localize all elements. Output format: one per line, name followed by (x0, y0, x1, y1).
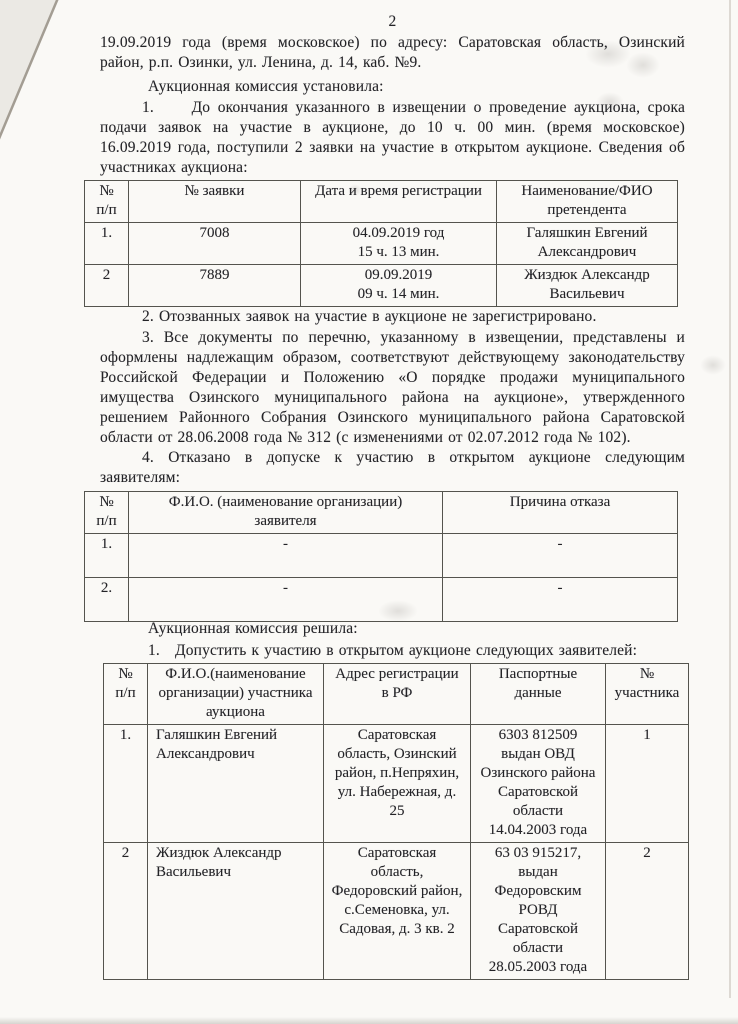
document-page: 2 19.09.2019 года (время московское) по … (0, 0, 738, 1024)
header-cell-applicant-name: Наименование/ФИО претендента (497, 181, 678, 223)
header-cell-row-number: № п/п (85, 492, 129, 534)
table-cell: - (443, 534, 678, 578)
table-cell: 09.09.2019 09 ч. 14 мин. (301, 265, 497, 307)
header-cell-row-number: № п/п (104, 664, 148, 725)
page-number: 2 (100, 12, 685, 32)
participants-applications-table: № п/п № заявки Дата и время регистрации … (84, 180, 678, 307)
rejected-applicants-table: № п/п Ф.И.О. (наименование организации) … (84, 491, 678, 622)
table-cell: 2 (606, 843, 689, 980)
list-item-1: 1. До окончания указанного в извещении о… (100, 98, 685, 178)
table-header-row: № п/п № заявки Дата и время регистрации … (85, 181, 678, 223)
table-cell: - (443, 578, 678, 622)
table-cell: Жиздюк Александр Васильевич (497, 265, 678, 307)
table-cell: 1. (85, 223, 129, 265)
scan-corner-edge-line (0, 0, 70, 150)
table-cell: Галяшкин Евгений Александрович (148, 725, 324, 843)
table-cell: 2 (104, 843, 148, 980)
table-cell: 2 (85, 265, 129, 307)
table-cell: 63 03 915217, выдан Федоровским РОВД Сар… (471, 843, 606, 980)
table-row: 2 7889 09.09.2019 09 ч. 14 мин. Жиздюк А… (85, 265, 678, 307)
scan-smudge (700, 355, 726, 375)
table-cell: Галяшкин Евгений Александрович (497, 223, 678, 265)
header-cell-participant-number: № участника (606, 664, 689, 725)
table-row: 2 Жиздюк Александр Васильевич Саратовска… (104, 843, 689, 980)
header-cell-registration-address: Адрес регистрации в РФ (324, 664, 471, 725)
table-cell: 1. (104, 725, 148, 843)
table-cell: Жиздюк Александр Васильевич (148, 843, 324, 980)
table-cell: 2. (85, 578, 129, 622)
list-item-2: 2. Отозванных заявок на участие в аукцио… (100, 307, 685, 327)
table-cell: 1 (606, 725, 689, 843)
paragraph-session-address: 19.09.2019 года (время московское) по ад… (100, 33, 685, 73)
table-cell: 04.09.2019 год 15 ч. 13 мин. (301, 223, 497, 265)
header-cell-applicant-name: Ф.И.О. (наименование организации) заявит… (129, 492, 443, 534)
table-row: 1. - - (85, 534, 678, 578)
header-cell-passport-data: Паспортные данные (471, 664, 606, 725)
table-cell: 1. (85, 534, 129, 578)
header-cell-participant-name: Ф.И.О.(наименование организации) участни… (148, 664, 324, 725)
table-cell: - (129, 578, 443, 622)
header-cell-registration-datetime: Дата и время регистрации (301, 181, 497, 223)
table-cell: 7008 (129, 223, 301, 265)
scan-edge-right (729, 0, 731, 998)
scan-edge-bottom (0, 1017, 738, 1024)
decision-item-1: 1. Допустить к участию в открытом аукцио… (100, 641, 733, 661)
list-item-4: 4. Отказано в допуске к участию в открыт… (100, 448, 685, 488)
header-cell-refusal-reason: Причина отказа (443, 492, 678, 534)
table-cell: 6303 812509 выдан ОВД Озинского района С… (471, 725, 606, 843)
table-header-row: № п/п Ф.И.О.(наименование организации) у… (104, 664, 689, 725)
table-row: 1. Галяшкин Евгений Александрович Сарато… (104, 725, 689, 843)
list-item-3: 3. Все документы по перечню, указанному … (100, 328, 685, 448)
heading-commission-established: Аукционная комиссия установила: (100, 77, 733, 97)
table-cell: - (129, 534, 443, 578)
table-row: 2. - - (85, 578, 678, 622)
heading-commission-decided: Аукционная комиссия решила: (100, 619, 733, 639)
header-cell-row-number: № п/п (85, 181, 129, 223)
table-header-row: № п/п Ф.И.О. (наименование организации) … (85, 492, 678, 534)
table-row: 1. 7008 04.09.2019 год 15 ч. 13 мин. Гал… (85, 223, 678, 265)
header-cell-application-number: № заявки (129, 181, 301, 223)
admitted-participants-table: № п/п Ф.И.О.(наименование организации) у… (103, 663, 689, 980)
table-cell: Саратовская область, Озинский район, п.Н… (324, 725, 471, 843)
table-cell: Саратовская область, Федоровский район, … (324, 843, 471, 980)
table-cell: 7889 (129, 265, 301, 307)
